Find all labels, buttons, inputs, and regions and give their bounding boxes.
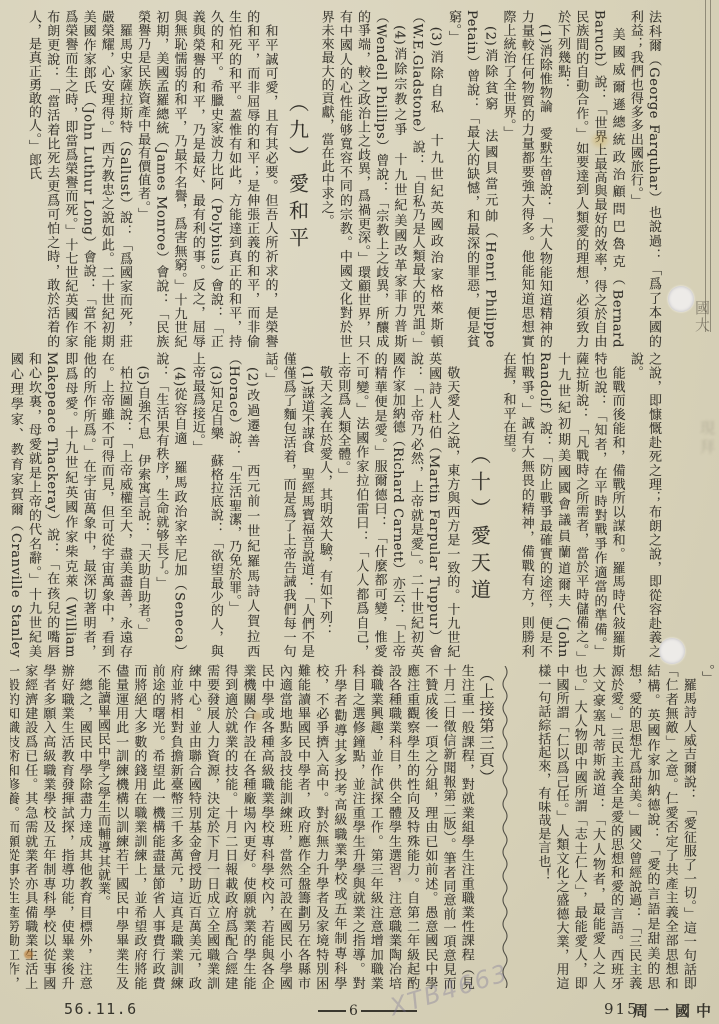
body-paragraph: (4)消除宗教之爭 十九世紀美國改革家菲力普斯（Wendell Phillips… <box>316 10 407 348</box>
page-edge-rule <box>705 0 711 332</box>
page-number-value: 6 <box>349 1003 358 1019</box>
hole-punch-bottom <box>659 638 685 664</box>
body-paragraph: 羅馬詩人威吉爾說：「愛征服了一切。」這一句話即「仁者無敵」之意。仁愛否定了共產主… <box>533 664 697 990</box>
paper-stain <box>24 950 33 959</box>
body-paragraph: 法科爾（George Farquhar）也說過：「爲了本國的利益；我們也得多多出… <box>626 10 662 348</box>
body-paragraph: (4)從容自適 羅馬政治家辛尼加（Seneca）說：「生活果有秩序，生命就够長了… <box>151 352 187 658</box>
section-heading-love-heaven: （十）愛天道 <box>460 352 498 658</box>
edge-bleed-text: 國大 <box>692 300 713 334</box>
body-paragraph: 柏拉圖說：「上帝威權至大，盡美盡善，永遠存在。上帝雖不可得而見，但可從宇宙萬象中… <box>10 352 133 658</box>
paper-stain <box>592 134 608 147</box>
article-band-bottom-end: 。」 羅馬詩人威吉爾說：「愛征服了一切。」這一句話即「仁者無敵」之意。仁愛否定了… <box>505 664 715 990</box>
wavy-column-divider <box>500 666 510 988</box>
edge-bleed-text-faint: 現拜 <box>697 420 718 458</box>
article-band-middle: 之說，即慷慨赴死之理；布朗之說，即從容赴義之說。 能戰而後能和，備戰所以謀和。羅… <box>10 352 662 658</box>
hole-punch-top <box>668 286 694 312</box>
body-paragraph: 羅馬史家薩拉斯特（Sallust）說：「爲國家而死，莊嚴榮耀，心安理得。」西方教… <box>24 10 133 348</box>
footer-date: 56.11.6 <box>64 1000 138 1018</box>
section-heading-love-peace: （九）愛和平 <box>278 10 316 348</box>
body-paragraph: 美國威爾遜總統政治顧問巴魯克（Bernard Baruch）說：「世界上最高與最… <box>553 10 626 348</box>
body-paragraph: (3)知足自樂 蘇格拉底說：「欲望最少的人，與上帝最爲接近。」 <box>188 352 224 658</box>
continued-from-page-3-note: （上接第三頁） <box>475 664 496 990</box>
footer-magazine-name: 周一國中 <box>633 1000 717 1021</box>
body-paragraph: (2)改過遷善 西元前一世紀羅馬詩人賀拉西（Horace）說：「生活聖潔，乃免於… <box>224 352 260 658</box>
body-paragraph: (1)謀道不謀食 聖經馬寶福音說道：「人們不是僅僅爲了麵包活着，而是爲了上帝告誡… <box>260 352 315 658</box>
body-paragraph: 敬天之義在於愛人，其明效大驗，有如下列： <box>315 352 333 658</box>
body-paragraph: 之說，即慷慨赴死之理；布朗之說，即從容赴義之說。 <box>626 352 662 658</box>
body-paragraph: 和平誠可愛，且有其必要。但吾人所祈求的，是榮譽的和平，而非屈辱的和平；是伸張正義… <box>133 10 279 348</box>
body-paragraph: 總之，國民中學除盡力達成其他教育目標外，注意辦好職業生活教育發揮試探，指導功能，… <box>10 664 93 990</box>
body-paragraph: 能戰而後能和，備戰所以謀和。羅馬時代敍羅斯特也說：「知者，在平時對戰爭作適當的準… <box>498 352 625 658</box>
body-paragraph: 生注重一般課程，對就業組學生注重職業性課程（見十月二日徵信新聞報第二版）。筆者同… <box>93 664 475 990</box>
paper-stain <box>252 712 262 721</box>
page-number-rule-left <box>318 1010 346 1012</box>
body-paragraph: 敬天愛人之說，東方與西方是一致的。十九世紀英國詩人杜伯（Martin Farpu… <box>333 352 460 658</box>
scanned-magazine-page: 國大 現拜 火大 法科爾（George Farquhar）也說過：「爲了本國的利… <box>0 0 719 1024</box>
body-paragraph: (3)消除自私 十九世紀英國政治家格萊斯頓（W.E.Gladstone）說：「自… <box>407 10 443 348</box>
article-band-top: 法科爾（George Farquhar）也說過：「爲了本國的利益；我們也得多多出… <box>10 10 662 348</box>
body-paragraph: (2)消除貧窮 法國貝當元帥（Henri Philippe Petain）曾說：… <box>444 10 499 348</box>
body-paragraph: 。」 <box>697 664 715 990</box>
body-paragraph: (5)自強不息 伊索寓言說：「天助自助者。」 <box>133 352 151 658</box>
body-paragraph: (1)消除惟物論 愛默生曾說：「大人物能知道精神的力量較任何物質的力量都要強大得… <box>498 10 553 348</box>
